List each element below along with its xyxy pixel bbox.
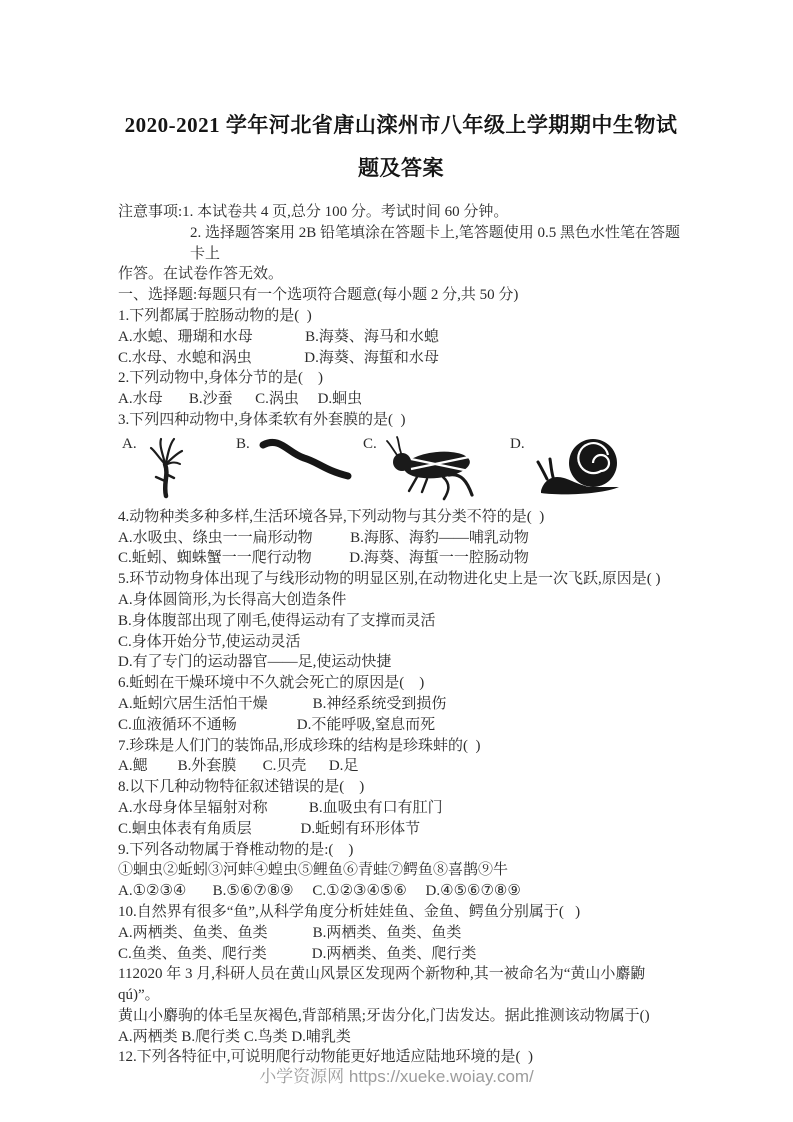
question-line: 9.下列各动物属于脊椎动物的是:( ) <box>118 840 684 861</box>
question-line: 8.以下几种动物特征叙述错误的是( ) <box>118 777 684 798</box>
option-c-image: C. <box>363 435 485 501</box>
earthworm-icon <box>258 435 354 483</box>
question3-image-row: A. <box>118 431 684 507</box>
question-line: 2.下列动物中,身体分节的是( ) <box>118 368 684 389</box>
snail-icon <box>533 435 627 497</box>
option-line: C.鱼类、鱼类、爬行类 D.两栖类、鱼类、爬行类 <box>118 944 684 965</box>
watermark-site-link: 小学资源网 https://xueke.woiay.com/ <box>0 1062 793 1087</box>
option-line: A.两栖类、鱼类、鱼类 B.两栖类、鱼类、鱼类 <box>118 923 684 944</box>
option-c-label: C. <box>363 435 377 453</box>
option-d-label: D. <box>510 435 525 453</box>
option-line: B.身体腹部出现了刚毛,使得运动有了支撑而灵活 <box>118 611 684 632</box>
exam-page: 2020-2021 学年河北省唐山滦州市八年级上学期期中生物试 题及答案 注意事… <box>0 0 793 1122</box>
option-line: A.身体圆筒形,为长得高大创造条件 <box>118 590 684 611</box>
exam-body: 注意事项:1. 本试卷共 4 页,总分 100 分。考试时间 60 分钟。 2.… <box>118 202 684 1068</box>
option-line: A.鳃 B.外套膜 C.贝壳 D.足 <box>118 756 684 777</box>
question-line: 1.下列都属于腔肠动物的是( ) <box>118 306 684 327</box>
section-heading: 一、选择题:每题只有一个选项符合题意(每小题 2 分,共 50 分) <box>118 285 684 306</box>
option-line: A.水母 B.沙蚕 C.涡虫 D.蛔虫 <box>118 389 684 410</box>
question-line: 112020 年 3 月,科研人员在黄山风景区发现两个新物种,其一被命名为“黄山… <box>118 964 684 1006</box>
option-line: A.两栖类 B.爬行类 C.鸟类 D.哺乳类 <box>118 1027 684 1048</box>
option-b-label: B. <box>236 435 250 453</box>
option-b-image: B. <box>236 435 354 483</box>
notice-line: 作答。在试卷作答无效。 <box>118 264 684 285</box>
page-title-line1: 2020-2021 学年河北省唐山滦州市八年级上学期期中生物试 <box>118 104 684 147</box>
option-line: C.水母、水螅和涡虫 D.海葵、海蜇和水母 <box>118 348 684 369</box>
option-line: A.①②③④ B.⑤⑥⑦⑧⑨ C.①②③④⑤⑥ D.④⑤⑥⑦⑧⑨ <box>118 881 684 902</box>
grasshopper-icon <box>385 435 485 501</box>
question-items-line: ①蛔虫②蚯蚓③河蚌④蝗虫⑤鲤鱼⑥青蛙⑦鳄鱼⑧喜鹊⑨牛 <box>118 860 684 881</box>
option-line: A.水螅、珊瑚和水母 B.海葵、海马和水螅 <box>118 327 684 348</box>
option-line: C.蛔虫体表有角质层 D.蚯蚓有环形体节 <box>118 819 684 840</box>
question-line: 黄山小麝驹的体毛呈灰褐色,背部稍黑;牙齿分化,门齿发达。据此推测该动物属于() <box>118 1006 684 1027</box>
option-d-image: D. <box>510 435 627 497</box>
exam-content: 2020-2021 学年河北省唐山滦州市八年级上学期期中生物试 题及答案 注意事… <box>118 104 684 1068</box>
question-line: 6.蚯蚓在干燥环境中不久就会死亡的原因是( ) <box>118 673 684 694</box>
option-line: A.水母身体呈辐射对称 B.血吸虫有口有肛门 <box>118 798 684 819</box>
option-a-label: A. <box>122 435 137 453</box>
question-line: 5.环节动物身体出现了与线形动物的明显区别,在动物进化史上是一次飞跃,原因是( … <box>118 569 684 590</box>
question-line: 7.珍珠是人们门的装饰品,形成珍珠的结构是珍珠蚌的( ) <box>118 736 684 757</box>
option-line: A.蚯蚓穴居生活怕干燥 B.神经系统受到损伤 <box>118 694 684 715</box>
option-line: D.有了专门的运动器官——足,使运动快捷 <box>118 652 684 673</box>
question-line: 4.动物种类多种多样,生活环境各异,下列动物与其分类不符的是( ) <box>118 507 684 528</box>
notice-line: 2. 选择题答案用 2B 铅笔填涂在答题卡上,笔答题使用 0.5 黑色水性笔在答… <box>118 223 684 265</box>
option-line: C.血液循环不通畅 D.不能呼吸,窒息而死 <box>118 715 684 736</box>
option-line: C.蚯蚓、蜘蛛蟹一一爬行动物 D.海葵、海蜇一一腔肠动物 <box>118 548 684 569</box>
page-title-line2: 题及答案 <box>118 147 684 190</box>
option-a-image: A. <box>122 435 187 499</box>
option-line: A.水吸虫、绦虫一一扁形动物 B.海豚、海豹——哺乳动物 <box>118 528 684 549</box>
question-line: 3.下列四种动物中,身体柔软有外套膜的是( ) <box>118 410 684 431</box>
option-line: C.身体开始分节,使运动灵活 <box>118 632 684 653</box>
hydra-icon <box>145 435 187 499</box>
notice-line: 注意事项:1. 本试卷共 4 页,总分 100 分。考试时间 60 分钟。 <box>118 202 684 223</box>
question-line: 10.自然界有很多“鱼”,从科学角度分析娃娃鱼、金鱼、鳄鱼分别属于( ) <box>118 902 684 923</box>
